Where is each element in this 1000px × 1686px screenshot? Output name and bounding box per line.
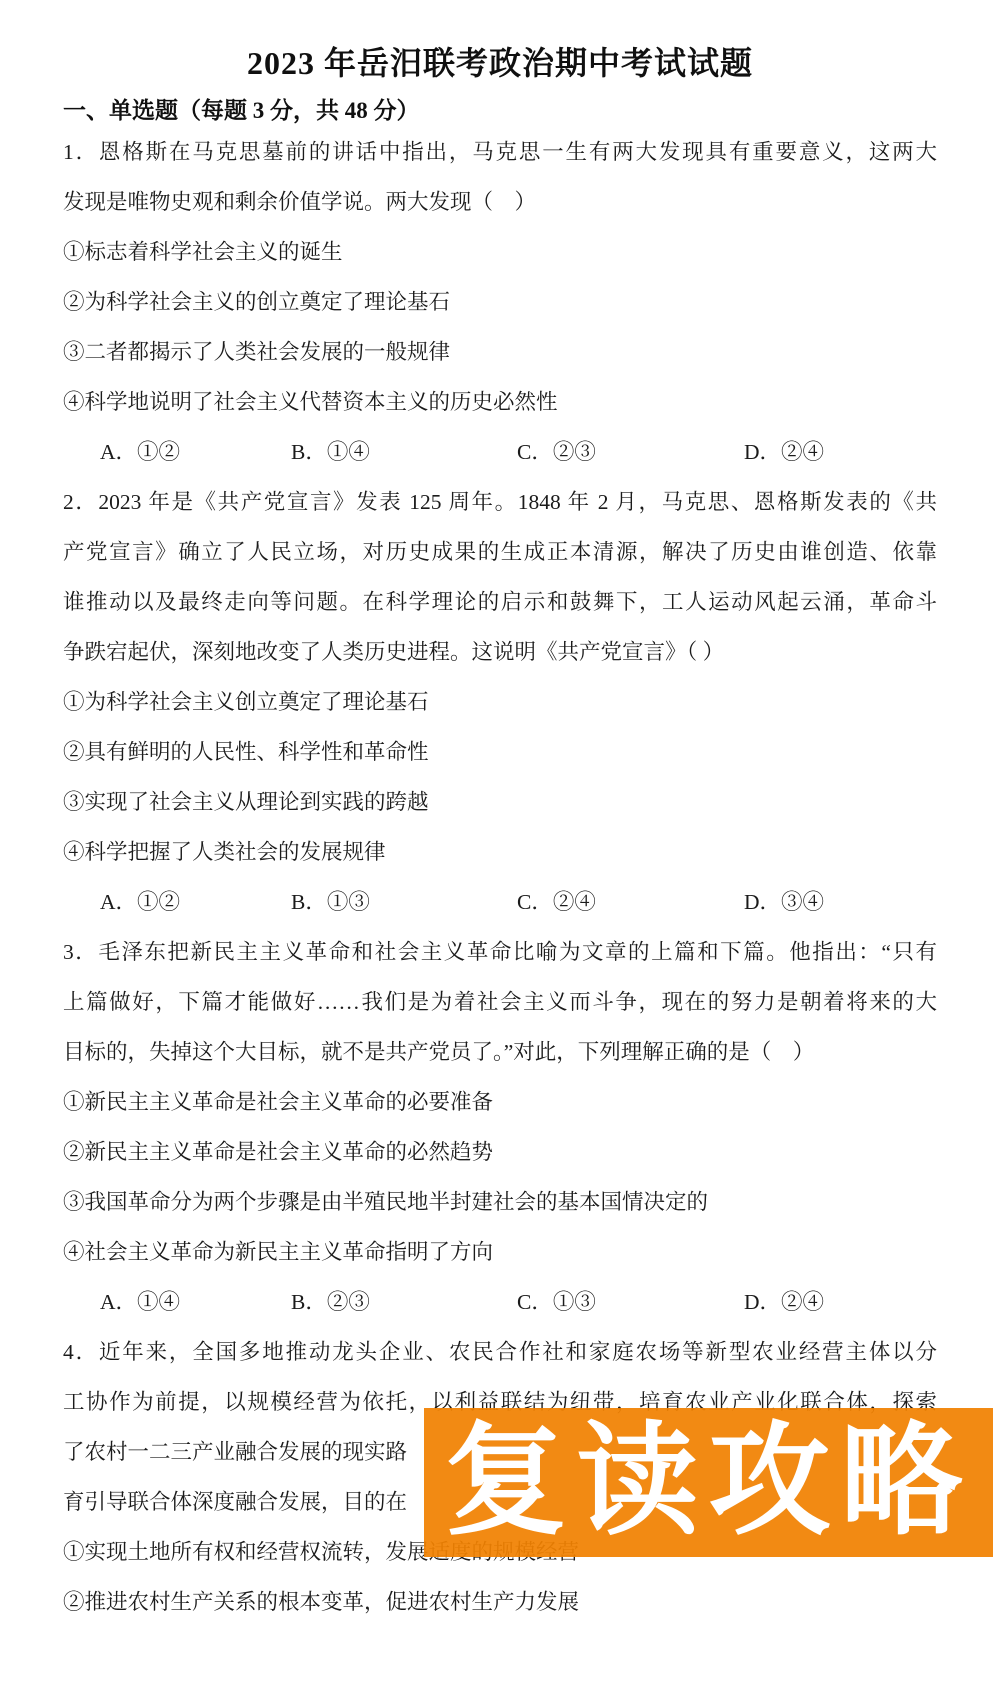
question-3-item-4: ④社会主义革命为新民主主义革命指明了方向 <box>63 1227 937 1277</box>
question-2-stem-line-1: 2．2023 年是《共产党宣言》发表 125 周年。1848 年 2 月，马克思… <box>63 477 937 527</box>
question-3-options: A．①④B．②③C．①③D．②④ <box>63 1277 937 1327</box>
question-1-option-D: D．②④ <box>744 427 824 477</box>
question-3-stem-line-2: 上篇做好，下篇才能做好……我们是为着社会主义而斗争，现在的努力是朝着将来的大 <box>63 977 937 1027</box>
question-1-item-1: ①标志着科学社会主义的诞生 <box>63 227 937 277</box>
page-title: 2023 年岳汨联考政治期中考试试题 <box>0 38 1000 84</box>
question-3-option-C: C．①③ <box>517 1277 596 1327</box>
question-3-stem-line-1: 3．毛泽东把新民主主义革命和社会主义革命比喻为文章的上篇和下篇。他指出：“只有 <box>63 927 937 977</box>
question-2-item-1: ①为科学社会主义创立奠定了理论基石 <box>63 677 937 727</box>
question-3-item-3: ③我国革命分为两个步骤是由半殖民地半封建社会的基本国情决定的 <box>63 1177 937 1227</box>
watermark-overlay: 复读攻略 <box>424 1408 993 1557</box>
question-2-option-B: B．①③ <box>291 877 370 927</box>
question-2-stem-line-3: 谁推动以及最终走向等问题。在科学理论的启示和鼓舞下，工人运动风起云涌，革命斗 <box>63 577 937 627</box>
question-2-item-2: ②具有鲜明的人民性、科学性和革命性 <box>63 727 937 777</box>
question-2-item-4: ④科学把握了人类社会的发展规律 <box>63 827 937 877</box>
watermark-text: 复读攻略 <box>445 1420 973 1542</box>
question-1-option-B: B．①④ <box>291 427 370 477</box>
question-1-stem-line-2: 发现是唯物史观和剩余价值学说。两大发现（ ） <box>63 177 937 227</box>
question-2-option-A: A．①② <box>100 877 180 927</box>
question-2-option-D: D．③④ <box>744 877 824 927</box>
question-1-option-C: C．②③ <box>517 427 596 477</box>
question-2-option-C: C．②④ <box>517 877 596 927</box>
question-4-stem-line-1: 4．近年来，全国多地推动龙头企业、农民合作社和家庭农场等新型农业经营主体以分 <box>63 1327 937 1377</box>
question-1-item-3: ③二者都揭示了人类社会发展的一般规律 <box>63 327 937 377</box>
question-4-item-2: ②推进农村生产关系的根本变革，促进农村生产力发展 <box>63 1577 937 1627</box>
question-2-stem-line-4: 争跌宕起伏，深刻地改变了人类历史进程。这说明《共产党宣言》（ ） <box>63 627 937 677</box>
content: 1．恩格斯在马克思墓前的讲话中指出，马克思一生有两大发现具有重要意义，这两大发现… <box>63 127 937 1627</box>
question-2-stem-line-2: 产党宣言》确立了人民立场，对历史成果的生成正本清源，解决了历史由谁创造、依靠 <box>63 527 937 577</box>
question-1-stem-line-1: 1．恩格斯在马克思墓前的讲话中指出，马克思一生有两大发现具有重要意义，这两大 <box>63 127 937 177</box>
exam-page: 2023 年岳汨联考政治期中考试试题 一、单选题（每题 3 分，共 48 分） … <box>0 0 1000 1686</box>
question-1-item-2: ②为科学社会主义的创立奠定了理论基石 <box>63 277 937 327</box>
question-3-option-A: A．①④ <box>100 1277 180 1327</box>
question-2-item-3: ③实现了社会主义从理论到实践的跨越 <box>63 777 937 827</box>
question-2-options: A．①②B．①③C．②④D．③④ <box>63 877 937 927</box>
question-3-item-2: ②新民主主义革命是社会主义革命的必然趋势 <box>63 1127 937 1177</box>
question-3-option-B: B．②③ <box>291 1277 370 1327</box>
question-3-option-D: D．②④ <box>744 1277 824 1327</box>
question-1-option-A: A．①② <box>100 427 180 477</box>
question-1-item-4: ④科学地说明了社会主义代替资本主义的历史必然性 <box>63 377 937 427</box>
question-3-stem-line-3: 目标的，失掉这个大目标，就不是共产党员了。”对此，下列理解正确的是（ ） <box>63 1027 937 1077</box>
question-3-item-1: ①新民主主义革命是社会主义革命的必要准备 <box>63 1077 937 1127</box>
question-1-options: A．①②B．①④C．②③D．②④ <box>63 427 937 477</box>
section-heading: 一、单选题（每题 3 分，共 48 分） <box>63 92 420 125</box>
